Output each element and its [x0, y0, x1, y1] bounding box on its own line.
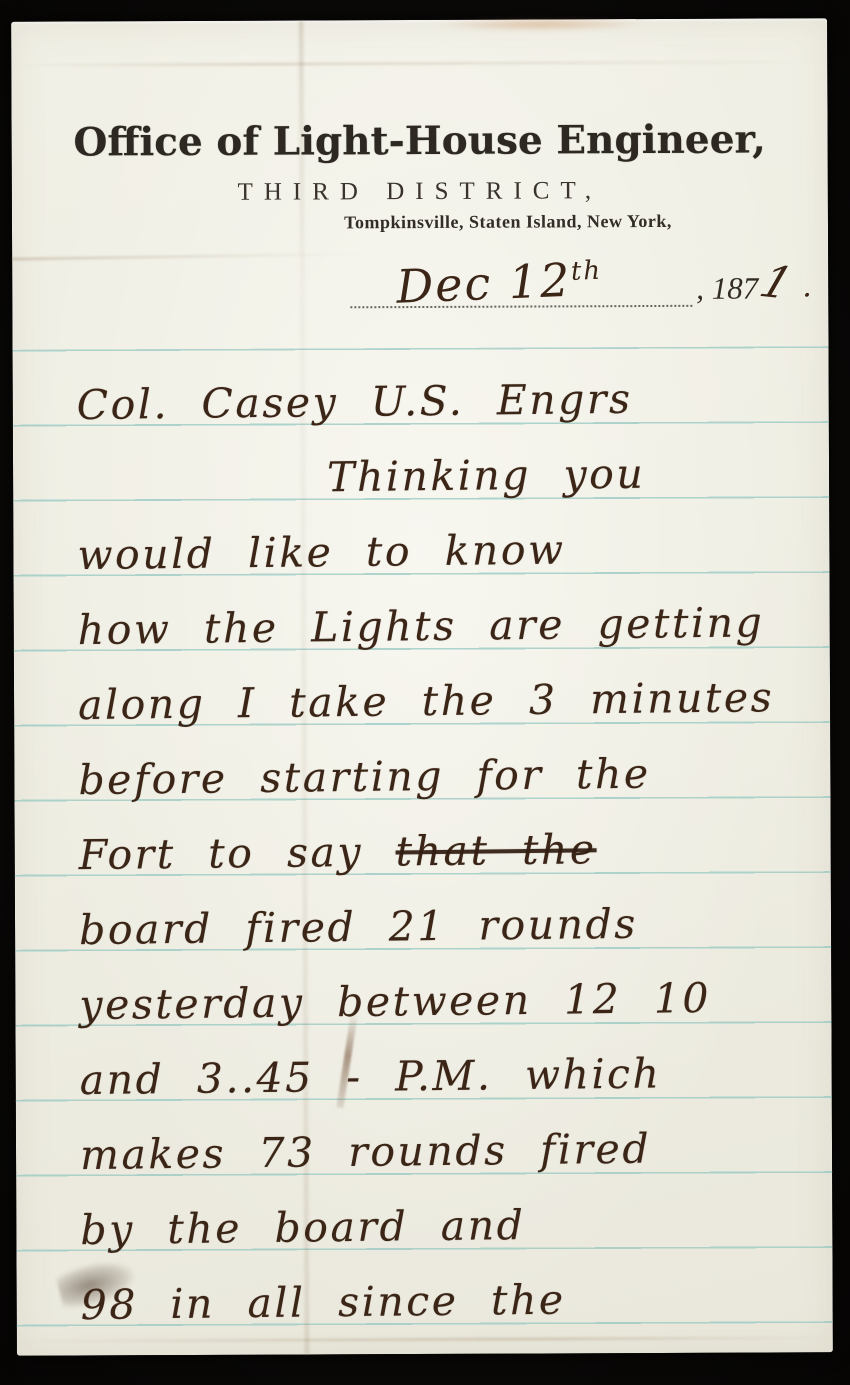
handwriting-line: Col. Casey U.S. Engrs — [76, 360, 817, 443]
date-line: Dec 12th , 187 1 . — [350, 242, 820, 316]
printed-year-prefix: , 187 — [696, 271, 758, 307]
handwritten-date-day: Dec 12 — [395, 253, 572, 314]
handwriting-text: before starting for the — [78, 750, 651, 804]
handwriting-text: board fired 21 rounds — [79, 900, 638, 954]
letter-page: Office of Light-House Engineer, THIRD DI… — [11, 18, 833, 1356]
letterhead-address-line: Tompkinsville, Staten Island, New York, — [100, 210, 850, 235]
struck-handwriting-text: that the — [395, 825, 597, 875]
handwriting-line: makes 73 rounds fired — [80, 1110, 821, 1193]
letterhead: Office of Light-House Engineer, THIRD DI… — [12, 116, 828, 235]
handwriting-text: Col. Casey U.S. Engrs — [76, 375, 632, 429]
date-trailing-period: . — [802, 269, 812, 304]
handwriting-line: yesterday between 12 10 — [79, 960, 820, 1043]
handwriting-line: 98 in all since the — [80, 1260, 821, 1343]
letterhead-district-line: THIRD DISTRICT, — [12, 176, 828, 208]
handwriting-text: Thinking you — [327, 450, 646, 502]
handwriting-line: Thinking you — [77, 435, 818, 518]
handwriting-line: before starting for the — [78, 735, 819, 818]
photo-background: Office of Light-House Engineer, THIRD DI… — [0, 0, 850, 1385]
handwriting-text: along I take the 3 minutes — [78, 673, 775, 729]
letterhead-office-line: Office of Light-House Engineer, — [12, 116, 828, 166]
left-fold-crease — [12, 252, 362, 260]
handwriting-text: 98 in all since the — [80, 1276, 565, 1329]
handwriting-text: how the Lights are getting — [77, 598, 764, 654]
handwriting-line: board fired 21 rounds — [79, 885, 820, 968]
handwriting-text: yesterday between 12 10 — [79, 974, 711, 1029]
handwriting-line: Fort to say that the — [78, 810, 819, 893]
handwriting-text: makes 73 rounds fired — [80, 1125, 652, 1179]
handwriting-line: how the Lights are getting — [77, 585, 818, 668]
top-edge-discoloration — [431, 17, 651, 32]
handwriting-text: would like to know — [77, 526, 566, 580]
handwriting-line: and 3..45 - P.M. which — [79, 1035, 820, 1118]
handwriting-line: along I take the 3 minutes — [78, 660, 819, 743]
handwritten-year-digit: 1 — [753, 257, 799, 309]
handwriting-text: Fort to say — [78, 827, 395, 879]
handwriting-line: would like to know — [77, 510, 818, 593]
handwriting-text: and 3..45 - P.M. which — [79, 1049, 661, 1104]
letter-body: Col. Casey U.S. EngrsThinking youwould l… — [77, 362, 821, 1340]
top-fold-crease — [11, 60, 827, 67]
handwriting-text: by the board and — [80, 1201, 525, 1254]
handwriting-line: by the board and — [80, 1185, 821, 1268]
handwritten-date: Dec 12th — [395, 252, 603, 314]
handwritten-date-suffix: th — [570, 256, 602, 287]
